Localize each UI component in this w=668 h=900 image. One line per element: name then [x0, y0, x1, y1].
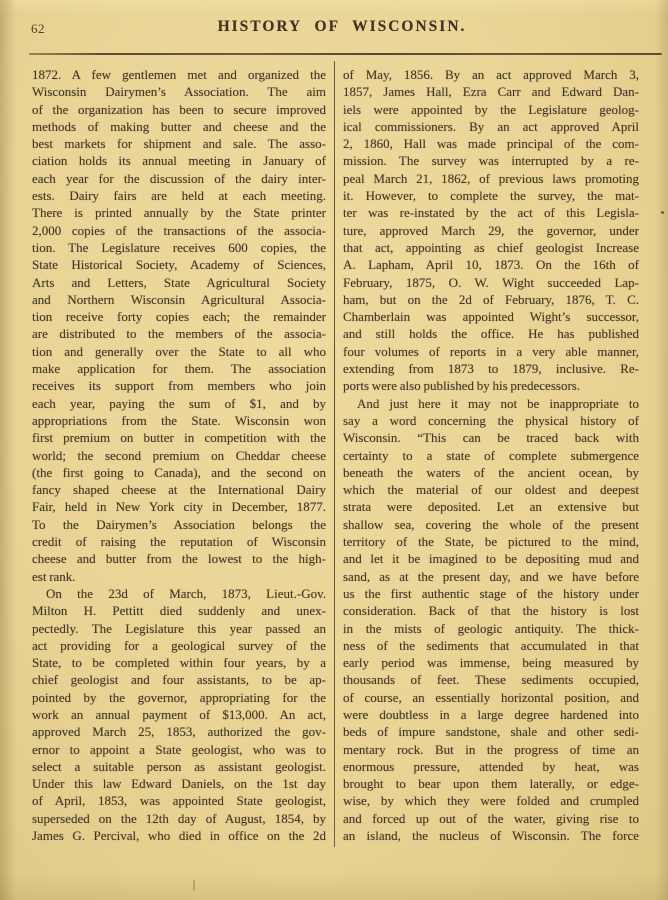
text-line: us the first authentic stage of the hist… — [343, 585, 639, 602]
text-line: On the 23d of March, 1873, Lieut.-Gov. — [32, 585, 326, 602]
text-line: first premium on butter in competition w… — [32, 429, 326, 446]
text-line: mentary rock. But in the progress of tim… — [343, 741, 639, 758]
text-line: certainty to a state of complete submerg… — [343, 447, 639, 464]
text-line: pectedly. The Legislature this year pass… — [32, 620, 326, 637]
text-line: A. Lapham, April 10, 1873. On the 16th o… — [343, 256, 639, 273]
text-line: tion and generally over the State to all… — [32, 343, 326, 360]
text-line: Wisconsin. “This can be traced back with — [343, 429, 639, 446]
text-line: est rank. — [32, 568, 326, 585]
text-line: There is printed annually by the State p… — [32, 204, 326, 221]
text-line: of the organization has been to secure i… — [32, 101, 326, 118]
text-line: 2, 1860, Hall was made principal of the … — [343, 135, 639, 152]
text-line: early period was immense, being measured… — [343, 654, 639, 671]
text-line: James G. Percival, who died in office on… — [32, 827, 326, 844]
text-line: cheese and butter from the lowest to the… — [32, 550, 326, 567]
text-line: credit of raising the reputation of Wisc… — [32, 533, 326, 550]
scan-artifact-speck — [193, 880, 195, 891]
text-line: are distributed to the members of the as… — [32, 325, 326, 342]
text-line: and forced up out of the water, giving r… — [343, 810, 639, 827]
text-line: make application for them. The associati… — [32, 360, 326, 377]
text-line: consideration. Back of that the history … — [343, 602, 639, 619]
scan-artifact-dot — [661, 211, 664, 214]
text-line: iels were appointed by the Legislature g… — [343, 101, 639, 118]
text-line: February, 1875, O. W. Wight succeeded La… — [343, 274, 639, 291]
text-line: of April, 1853, was appointed State geol… — [32, 792, 326, 809]
text-line: ham, but on the 2d of February, 1876, T.… — [343, 291, 639, 308]
text-line: ports were also published by his predece… — [343, 377, 639, 394]
text-line: act providing for a geological survey of… — [32, 637, 326, 654]
text-line: Milton H. Pettitt died suddenly and unex… — [32, 602, 326, 619]
text-line: an island, the nucleus of Wisconsin. The… — [343, 827, 639, 844]
text-line: shallow sea, covering the whole of the p… — [343, 516, 639, 533]
text-line: Arts and Letters, State Agricultural Soc… — [32, 274, 326, 291]
text-line: State, to be completed within four years… — [32, 654, 326, 671]
text-line: ernor to appoint a State geologist, who … — [32, 741, 326, 758]
text-line: ture, approved March 29, the governor, u… — [343, 222, 639, 239]
text-line: strata were deposited. Let an extensive … — [343, 498, 639, 515]
text-line: chief geologist and four assistants, to … — [32, 671, 326, 688]
text-line: Fair, held in New York city in December,… — [32, 498, 326, 515]
text-line: and Northern Wisconsin Agricultural Asso… — [32, 291, 326, 308]
text-line: appropriations from the State. Wisconsin… — [32, 412, 326, 429]
header-rule — [29, 53, 662, 55]
text-line: that act, appointing as chief geologist … — [343, 239, 639, 256]
text-line: ness of the sediments that accumulated i… — [343, 637, 639, 654]
text-line: territory of the State, be pictured to t… — [343, 533, 639, 550]
text-line: mission. The survey was interrupted by a… — [343, 152, 639, 169]
text-line: best markets for shipment and sale. The … — [32, 135, 326, 152]
text-line: approved March 25, 1853, authorized the … — [32, 723, 326, 740]
text-line: superseded on the 12th day of August, 18… — [32, 810, 326, 827]
text-line: of May, 1856. By an act approved March 3… — [343, 66, 639, 83]
text-line: each year for the discussion of the dair… — [32, 170, 326, 187]
text-line: tion receive forty copies each; the rema… — [32, 308, 326, 325]
text-line: Wisconsin Dairymen’s Association. The ai… — [32, 83, 326, 100]
text-line: which the material of our oldest and dee… — [343, 481, 639, 498]
text-line: it. However, to complete the survey, the… — [343, 187, 639, 204]
text-line: say a word concerning the physical histo… — [343, 412, 639, 429]
text-line: in the mists of geologic antiquity. The … — [343, 620, 639, 637]
book-page: 62 HISTORY OF WISCONSIN. 1872. A few gen… — [0, 0, 668, 900]
text-line: ter was re-instated by the act of this L… — [343, 204, 639, 221]
text-line: world; the second premium on Cheddar che… — [32, 447, 326, 464]
text-line: tion. The Legislature receives 600 copie… — [32, 239, 326, 256]
text-line: wise, by which they were folded and crum… — [343, 792, 639, 809]
text-line: work an annual payment of $13,000. An ac… — [32, 706, 326, 723]
left-column: 1872. A few gentlemen met and organized … — [32, 66, 326, 844]
text-line: Under this law Edward Daniels, on the 1s… — [32, 775, 326, 792]
text-line: Chamberlain was appointed Wight’s succes… — [343, 308, 639, 325]
text-line: 1872. A few gentlemen met and organized … — [32, 66, 326, 83]
text-line: pointed by the governor, appropriating f… — [32, 689, 326, 706]
text-line: ical commissioners. By an act approved A… — [343, 118, 639, 135]
text-line: ciation holds its annual meeting in Janu… — [32, 152, 326, 169]
text-line: To the Dairymen’s Association belongs th… — [32, 516, 326, 533]
text-line: 1857, James Hall, Ezra Carr and Edward D… — [343, 83, 639, 100]
text-line: methods of making butter and cheese and … — [32, 118, 326, 135]
text-line: beds of impure sandstone, shale and othe… — [343, 723, 639, 740]
text-line: 2,000 copies of the transactions of the … — [32, 222, 326, 239]
text-line: of course, an essentially horizontal pos… — [343, 689, 639, 706]
column-divider-rule — [334, 61, 335, 847]
text-line: thousands of feet. These sediments occup… — [343, 671, 639, 688]
text-line: peal March 21, 1862, of previous laws pr… — [343, 170, 639, 187]
text-line: were doubtless in a large degree hardene… — [343, 706, 639, 723]
text-line: beneath the waters of the ancient ocean,… — [343, 464, 639, 481]
text-line: extending from 1873 to 1879, inclusive. … — [343, 360, 639, 377]
text-line: fancy shaped cheese at the International… — [32, 481, 326, 498]
text-line: and let it be imagined to be depositing … — [343, 550, 639, 567]
text-line: enormous pressure, attended by heat, was — [343, 758, 639, 775]
text-line: select a suitable person as assistant ge… — [32, 758, 326, 775]
right-column: of May, 1856. By an act approved March 3… — [343, 66, 639, 844]
text-line: State Historical Society, Academy of Sci… — [32, 256, 326, 273]
text-line: receives its support from members who jo… — [32, 377, 326, 394]
text-line: (the first going to Canada), and the sec… — [32, 464, 326, 481]
text-line: And just here it may not be inappropriat… — [343, 395, 639, 412]
text-line: brought to bear upon them laterally, or … — [343, 775, 639, 792]
text-line: ests. Dairy fairs are held at each meeti… — [32, 187, 326, 204]
text-line: four volumes of reports in a very able m… — [343, 343, 639, 360]
text-line: and still holds the office. He has publi… — [343, 325, 639, 342]
text-line: each year, paying the sum of $1, and by — [32, 395, 326, 412]
page-title: HISTORY OF WISCONSIN. — [16, 18, 668, 36]
text-line: sand, as at the present day, and we have… — [343, 568, 639, 585]
